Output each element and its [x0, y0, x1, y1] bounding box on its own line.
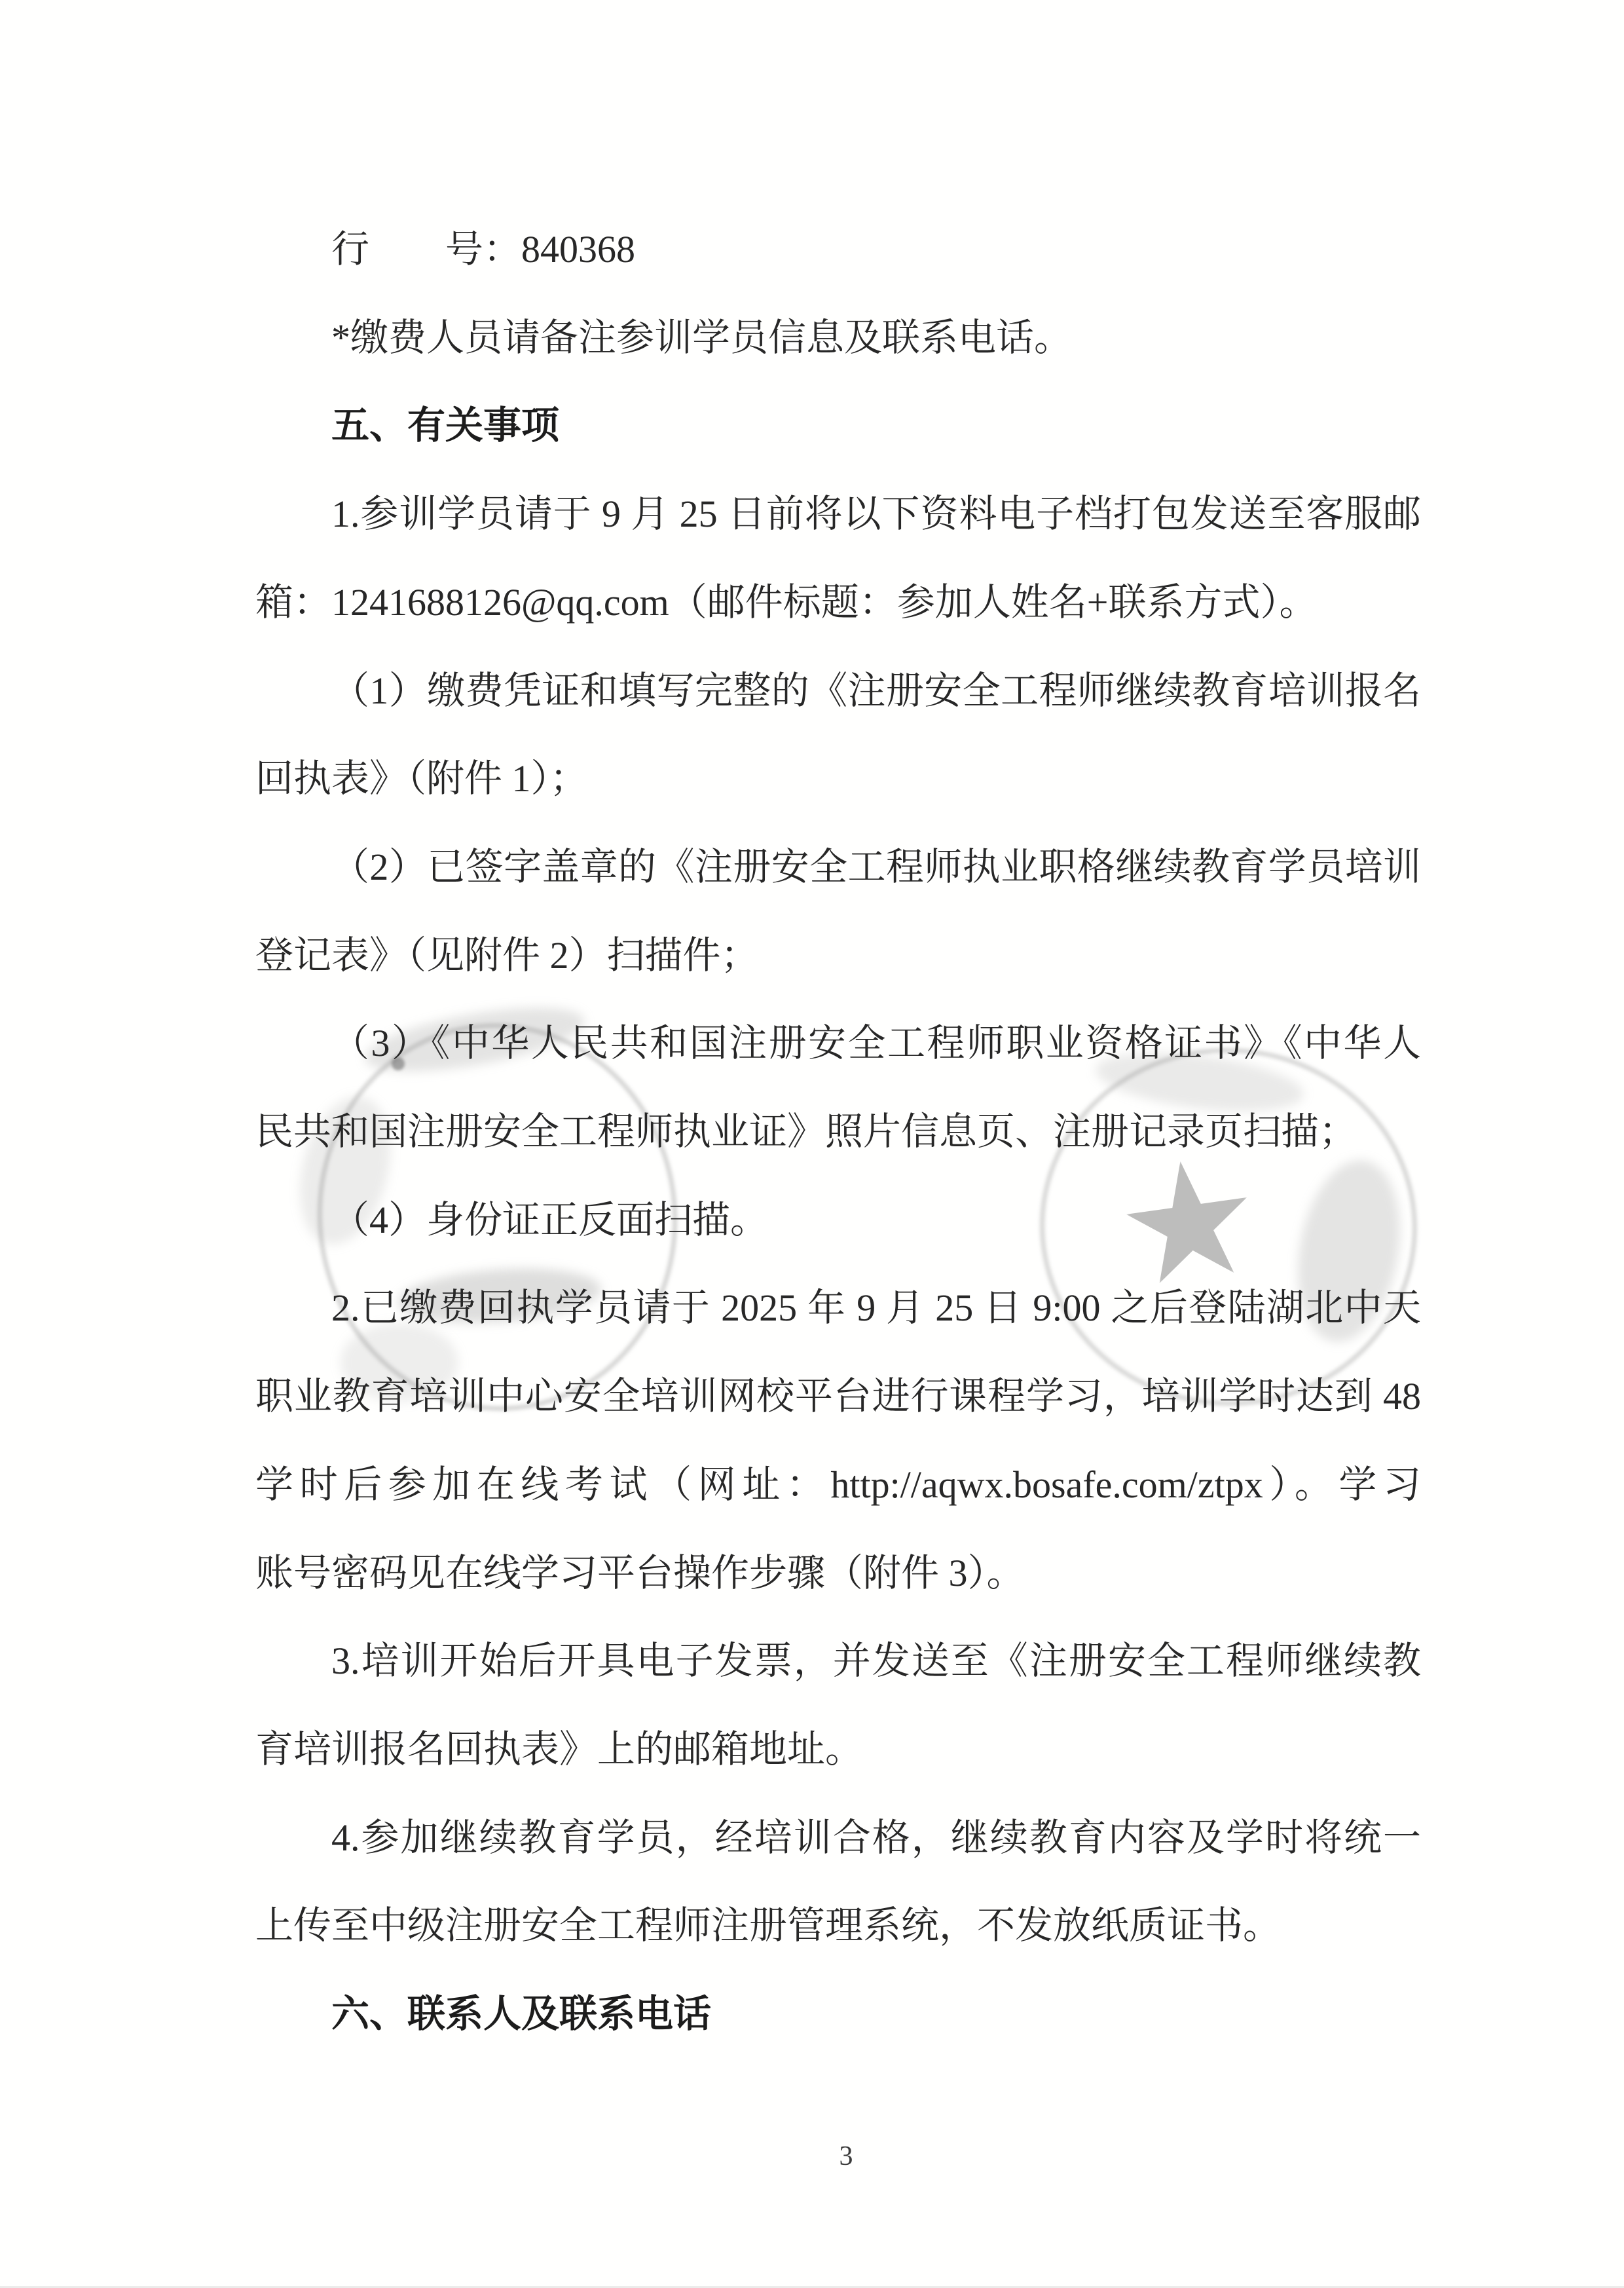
document-page: 行 号：840368*缴费人员请备注参训学员信息及联系电话。五、有关事项1.参训… — [0, 0, 1624, 2288]
page-number: 3 — [826, 2142, 866, 2171]
section-heading: 五、有关事项 — [255, 402, 1421, 449]
text-line: 4.参加继续教育学员，经培训合格，继续教育内容及学时将统一 — [255, 1814, 1421, 1862]
text-line: 民共和国注册安全工程师执业证》照片信息页、注册记录页扫描； — [255, 1108, 1421, 1155]
text-line: 职业教育培训中心安全培训网校平台进行课程学习，培训学时达到 48 — [255, 1373, 1421, 1420]
text-line: 账号密码见在线学习平台操作步骤（附件 3）。 — [255, 1550, 1421, 1597]
text-line: 登记表》（见附件 2）扫描件； — [255, 932, 1421, 979]
text-line: 上传至中级注册安全工程师注册管理系统，不发放纸质证书。 — [255, 1902, 1421, 1949]
text-line: *缴费人员请备注参训学员信息及联系电话。 — [255, 314, 1421, 362]
text-line: （3）《中华人民共和国注册安全工程师职业资格证书》《中华人 — [255, 1020, 1421, 1067]
text-line: （4）身份证正反面扫描。 — [255, 1197, 1421, 1244]
text-line: 3.培训开始后开具电子发票，并发送至《注册安全工程师继续教 — [255, 1638, 1421, 1685]
text-line: 学时后参加在线考试（网址：http://aqwx.bosafe.com/ztpx… — [255, 1461, 1421, 1509]
text-line: （1）缴费凭证和填写完整的《注册安全工程师继续教育培训报名 — [255, 667, 1421, 715]
text-line: （2）已签字盖章的《注册安全工程师执业职格继续教育学员培训 — [255, 844, 1421, 891]
text-line: 箱：1241688126@qq.com（邮件标题：参加人姓名+联系方式）。 — [255, 579, 1421, 626]
text-line: 2.已缴费回执学员请于 2025 年 9 月 25 日 9:00 之后登陆湖北中… — [255, 1285, 1421, 1332]
section-heading: 六、联系人及联系电话 — [255, 1991, 1421, 2038]
text-line: 1.参训学员请于 9 月 25 日前将以下资料电子档打包发送至客服邮 — [255, 491, 1421, 538]
text-line: 回执表》（附件 1）； — [255, 755, 1421, 802]
text-line: 育培训报名回执表》上的邮箱地址。 — [255, 1726, 1421, 1773]
text-line: 行 号：840368 — [255, 226, 1421, 273]
